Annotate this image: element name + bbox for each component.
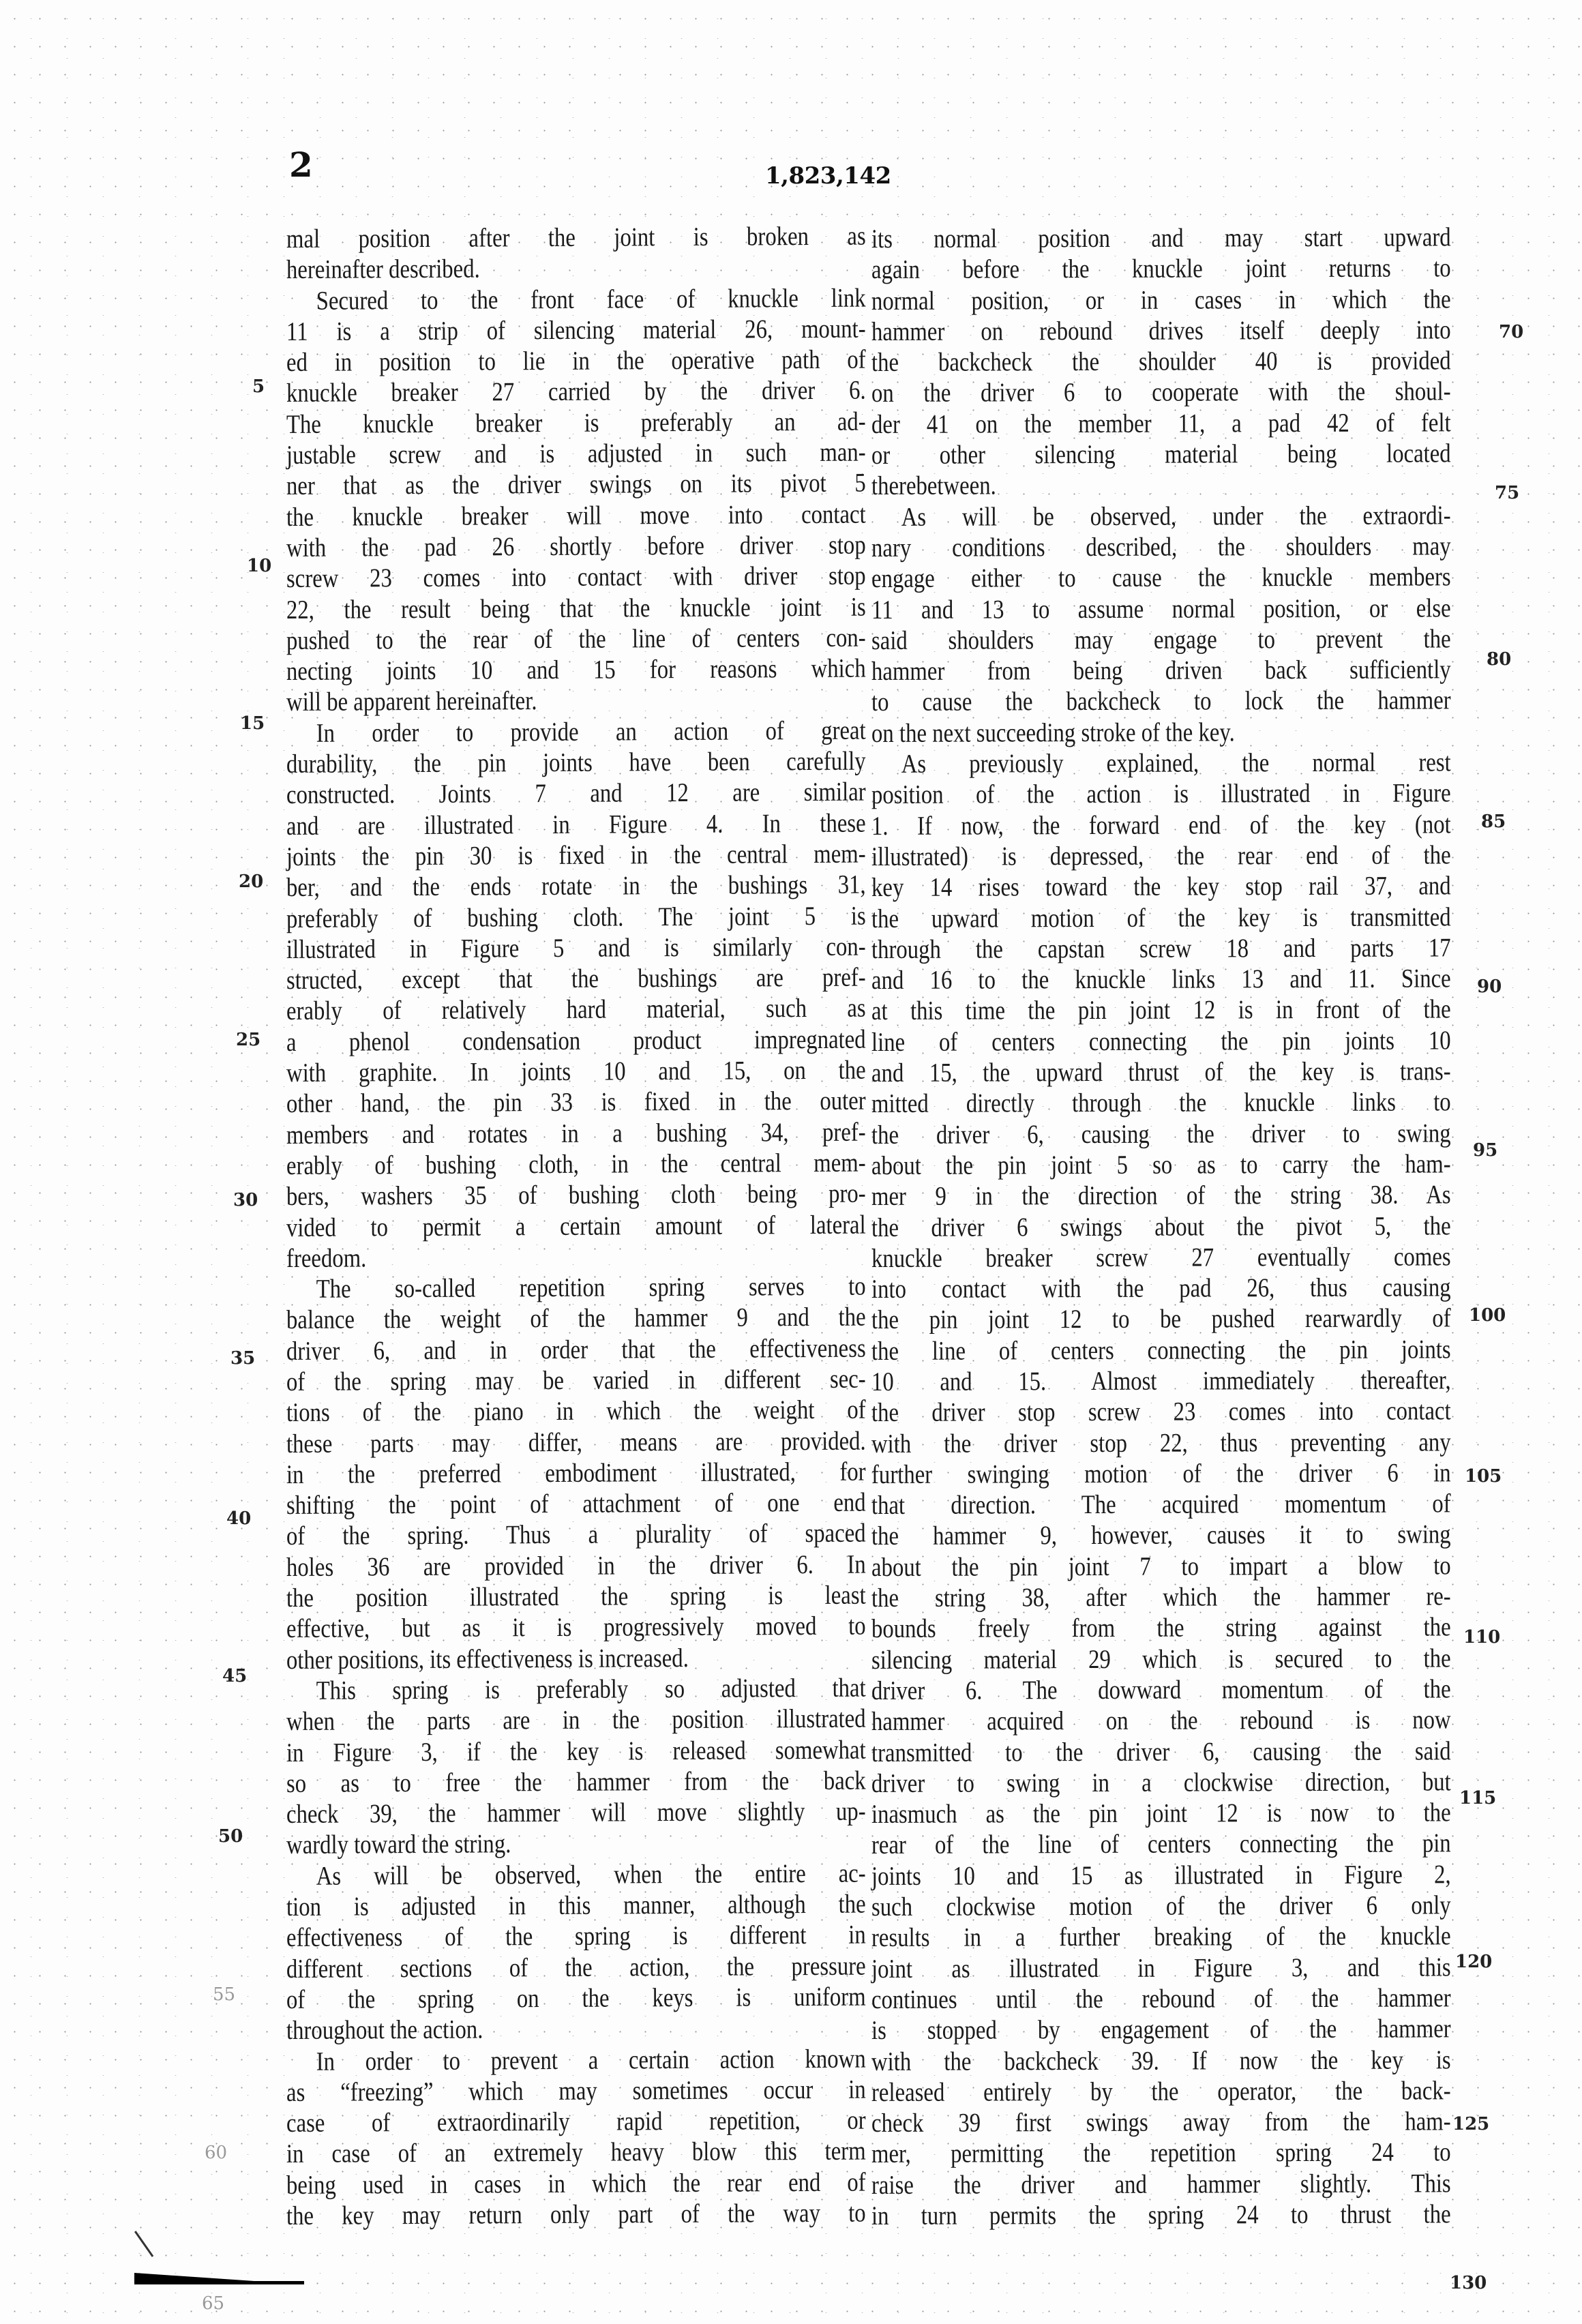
text-line: 1. If now, the forward end of the key (n… <box>871 809 1451 841</box>
text-line: at this time the pin joint 12 is in fron… <box>871 994 1451 1027</box>
margin-line-number: 125 <box>1452 2114 1489 2134</box>
text-line: durability, the pin joints have been car… <box>286 746 866 780</box>
margin-line-number: 20 <box>239 871 263 892</box>
text-line: der 41 on the member 11, a pad 42 of fel… <box>871 407 1451 440</box>
text-line: the upward motion of the key is transmit… <box>871 902 1451 934</box>
text-line: wardly toward the string. <box>286 1827 866 1861</box>
text-line: results in a further breaking of the knu… <box>871 1921 1451 1954</box>
margin-line-number: 70 <box>1499 322 1523 342</box>
margin-line-number: 120 <box>1455 1952 1492 1972</box>
text-line: the driver 6, causing the driver to swin… <box>871 1118 1451 1150</box>
margin-line-number: 130 <box>1450 2273 1487 2293</box>
text-line: when the parts are in the position illus… <box>286 1703 866 1738</box>
text-line: position of the action is illustrated in… <box>871 778 1451 811</box>
text-line: holes 36 are provided in the driver 6. I… <box>286 1549 866 1583</box>
text-line: in turn permits the spring 24 to thrust … <box>871 2199 1451 2231</box>
text-line: tions of the piano in which the weight o… <box>286 1395 866 1429</box>
text-line: mer, permitting the repetition spring 24… <box>871 2137 1451 2170</box>
text-line: the driver stop screw 23 comes into cont… <box>871 1396 1451 1429</box>
text-line: mer 9 in the direction of the string 38.… <box>871 1180 1451 1212</box>
text-line: In order to provide an action of great <box>286 715 866 749</box>
text-line: the pin joint 12 to be pushed rearwardly… <box>871 1303 1451 1336</box>
text-line: with graphite. In joints 10 and 15, on t… <box>286 1055 866 1089</box>
text-line: balance the weight of the hammer 9 and t… <box>286 1302 866 1336</box>
text-line: pushed to the rear of the line of center… <box>286 622 866 656</box>
bottom-black-bar-tail <box>134 2281 304 2284</box>
margin-line-number: 80 <box>1487 649 1511 670</box>
text-line: driver 6, and in order that the effectiv… <box>286 1332 866 1367</box>
text-line: the knuckle breaker will move into conta… <box>286 498 866 533</box>
text-line: ed in position to lie in the operative p… <box>286 344 866 378</box>
text-line: The knuckle breaker is preferably an ad- <box>286 406 866 440</box>
patent-number: 1,823,142 <box>765 162 891 190</box>
text-line: vided to permit a certain amount of late… <box>286 1209 866 1243</box>
margin-line-number: 55 <box>213 1984 235 2005</box>
text-line: 11 is a strip of silencing material 26, … <box>286 313 866 347</box>
text-line: as “freezing” which may sometimes occur … <box>286 2074 866 2108</box>
margin-line-number: 35 <box>230 1348 255 1369</box>
text-line: As previously explained, the normal rest <box>871 747 1451 779</box>
margin-line-number: 15 <box>240 713 265 734</box>
text-line: check 39 first swings away from the ham- <box>871 2106 1451 2139</box>
text-line: As will be observed, under the extraordi… <box>871 500 1451 533</box>
right-column: its normal position and may start upward… <box>871 224 1451 2231</box>
text-line: tion is adjusted in this manner, althoug… <box>286 1889 866 1923</box>
text-line: ber, and the ends rotate in the bushings… <box>286 869 866 904</box>
text-line: rear of the line of centers connecting t… <box>871 1828 1451 1861</box>
text-line: hereinafter described. <box>286 252 866 286</box>
text-line: the string 38, after which the hammer re… <box>871 1581 1451 1613</box>
text-line: the hammer 9, however, causes it to swin… <box>871 1519 1451 1552</box>
text-line: of the spring may be varied in different… <box>286 1364 866 1398</box>
text-line: on the driver 6 to cooperate with the sh… <box>871 376 1451 409</box>
margin-line-number: 60 <box>205 2143 227 2163</box>
text-line: to cause the backcheck to lock the hamme… <box>871 685 1451 718</box>
text-line: 22, the result being that the knuckle jo… <box>286 591 866 625</box>
text-line: The so-called repetition spring serves t… <box>286 1271 866 1305</box>
text-line: Secured to the front face of knuckle lin… <box>286 282 866 316</box>
text-line: normal position, or in cases in which th… <box>871 284 1451 316</box>
margin-line-number: 115 <box>1459 1788 1496 1808</box>
text-line: inasmuch as the pin joint 12 is now to t… <box>871 1797 1451 1830</box>
text-line: joints the pin 30 is fixed in the centra… <box>286 839 866 873</box>
margin-line-number: 90 <box>1477 977 1502 997</box>
text-line: joints 10 and 15 as illustrated in Figur… <box>871 1859 1451 1892</box>
text-line: engage either to cause the knuckle membe… <box>871 562 1451 595</box>
text-line: and are illustrated in Figure 4. In thes… <box>286 807 866 841</box>
text-line: about the pin joint 7 to impart a blow t… <box>871 1550 1451 1583</box>
text-line: members and rotates in a bushing 34, pre… <box>286 1116 866 1150</box>
text-line: line of centers connecting the pin joint… <box>871 1025 1451 1058</box>
text-line: effective, but as it is progressively mo… <box>286 1611 866 1645</box>
text-line: of the spring. Thus a plurality of space… <box>286 1518 866 1552</box>
text-line: freedom. <box>286 1240 866 1274</box>
text-line: hammer from being driven back sufficient… <box>871 655 1451 687</box>
text-line: bounds freely from the string against th… <box>871 1612 1451 1645</box>
text-line: preferably of bushing cloth. The joint 5… <box>286 900 866 934</box>
text-line: silencing material 29 which is secured t… <box>871 1643 1451 1675</box>
text-line: the driver 6 swings about the pivot 5, t… <box>871 1210 1451 1243</box>
text-line: about the pin joint 5 so as to carry the… <box>871 1148 1451 1181</box>
text-line: effectiveness of the spring is different… <box>286 1920 866 1954</box>
text-line: transmitted to the driver 6, causing the… <box>871 1735 1451 1768</box>
text-line: of the spring on the keys is uniform <box>286 1982 866 2016</box>
text-line: driver 6. The dowward momentum of the <box>871 1673 1451 1706</box>
text-line: ner that as the driver swings on its piv… <box>286 468 866 502</box>
text-line: further swinging motion of the driver 6 … <box>871 1457 1451 1490</box>
text-line: other positions, its effectiveness is in… <box>286 1641 866 1675</box>
margin-line-number: 40 <box>226 1508 251 1529</box>
text-line: As will be observed, when the entire ac- <box>286 1858 866 1892</box>
margin-line-number: 105 <box>1465 1466 1502 1487</box>
text-line: constructed. Joints 7 and 12 are similar <box>286 777 866 811</box>
text-line: 11 and 13 to assume normal position, or … <box>871 593 1451 625</box>
text-line: shifting the point of attachment of one … <box>286 1487 866 1521</box>
text-line: the backcheck the shoulder 40 is provide… <box>871 346 1451 378</box>
margin-line-number: 95 <box>1473 1140 1497 1161</box>
text-line: erably of bushing cloth, in the central … <box>286 1147 866 1181</box>
text-line: these parts may differ, means are provid… <box>286 1425 866 1459</box>
text-line: is stopped by engagement of the hammer <box>871 2014 1451 2046</box>
text-line: illustrated in Figure 5 and is similarly… <box>286 931 866 965</box>
text-line: hammer on rebound drives itself deeply i… <box>871 314 1451 347</box>
text-line: a phenol condensation product impregnate… <box>286 1024 866 1058</box>
text-line: This spring is preferably so adjusted th… <box>286 1673 866 1707</box>
text-line: its normal position and may start upward <box>871 222 1451 254</box>
text-line: illustrated) is depressed, the rear end … <box>871 839 1451 872</box>
text-line: throughout the action. <box>286 2012 866 2046</box>
text-line: continues until the rebound of the hamme… <box>871 1982 1451 2015</box>
text-line: other hand, the pin 33 is fixed in the o… <box>286 1086 866 1120</box>
text-line: structed, except that the bushings are p… <box>286 962 866 996</box>
text-line: the line of centers connecting the pin j… <box>871 1334 1451 1367</box>
text-line: being used in cases in which the rear en… <box>286 2166 866 2201</box>
margin-line-number: 65 <box>202 2293 224 2314</box>
text-line: nary conditions described, the shoulders… <box>871 531 1451 563</box>
text-line: that direction. The acquired momentum of <box>871 1489 1451 1521</box>
page-number: 2 <box>289 145 313 185</box>
text-line: knuckle breaker screw 27 eventually come… <box>871 1241 1451 1274</box>
margin-line-number: 25 <box>236 1030 260 1050</box>
text-line: in case of an extremely heavy blow this … <box>286 2136 866 2170</box>
margin-line-number: 45 <box>222 1666 247 1686</box>
text-line: into contact with the pad 26, thus causi… <box>871 1272 1451 1305</box>
text-line: so as to free the hammer from the back <box>286 1765 866 1799</box>
text-line: mitted directly through the knuckle link… <box>871 1087 1451 1120</box>
text-line: with the driver stop 22, thus preventing… <box>871 1427 1451 1459</box>
text-line: raise the driver and hammer slightly. Th… <box>871 2168 1451 2201</box>
text-line: erably of relatively hard material, such… <box>286 993 866 1027</box>
margin-line-number: 85 <box>1481 811 1506 832</box>
text-line: mal position after the joint is broken a… <box>286 221 866 255</box>
text-line: screw 23 comes into contact with driver … <box>286 561 866 595</box>
margin-line-number: 100 <box>1469 1305 1506 1326</box>
text-line: and 15, the upward thrust of the key is … <box>871 1056 1451 1088</box>
text-line: released entirely by the operator, the b… <box>871 2075 1451 2108</box>
text-line: again before the knuckle joint returns t… <box>871 253 1451 286</box>
margin-line-number: 50 <box>218 1826 243 1847</box>
text-line: and 16 to the knuckle links 13 and 11. S… <box>871 963 1451 996</box>
text-line: different sections of the action, the pr… <box>286 1950 866 1984</box>
text-line: 10 and 15. Almost immediately thereafter… <box>871 1365 1451 1397</box>
margin-line-number: 10 <box>247 556 271 576</box>
text-line: therebetween. <box>871 469 1451 502</box>
text-line: in Figure 3, if the key is released some… <box>286 1734 866 1768</box>
text-line: key 14 rises toward the key stop rail 37… <box>871 871 1451 904</box>
text-line: with the backcheck 39. If now the key is <box>871 2044 1451 2077</box>
margin-line-number: 110 <box>1463 1627 1500 1648</box>
text-line: on the next succeeding stroke of the key… <box>871 716 1451 749</box>
scan-scratch-mark <box>134 2231 153 2257</box>
text-line: driver to swing in a clockwise direction… <box>871 1766 1451 1799</box>
text-line: the key may return only part of the way … <box>286 2198 866 2232</box>
text-line: said shoulders may engage to prevent the <box>871 623 1451 656</box>
text-line: such clockwise motion of the driver 6 on… <box>871 1890 1451 1922</box>
left-column: mal position after the joint is broken a… <box>286 224 866 2231</box>
text-line: justable screw and is adjusted in such m… <box>286 437 866 471</box>
text-line: or other silencing material being locate… <box>871 438 1451 471</box>
margin-line-number: 75 <box>1495 483 1519 503</box>
text-line: case of extraordinarily rapid repetition… <box>286 2105 866 2139</box>
text-line: necting joints 10 and 15 for reasons whi… <box>286 653 866 687</box>
margin-line-number: 5 <box>252 376 265 397</box>
text-line: In order to prevent a certain action kno… <box>286 2043 866 2077</box>
margin-line-number: 30 <box>233 1190 258 1210</box>
text-line: hammer acquired on the rebound is now <box>871 1705 1451 1738</box>
text-line: check 39, the hammer will move slightly … <box>286 1796 866 1830</box>
text-line: will be apparent hereinafter. <box>286 684 866 718</box>
text-line: the position illustrated the spring is l… <box>286 1580 866 1614</box>
text-line: through the capstan screw 18 and parts 1… <box>871 932 1451 965</box>
text-line: bers, washers 35 of bushing cloth being … <box>286 1178 866 1212</box>
text-line: with the pad 26 shortly before driver st… <box>286 530 866 564</box>
text-line: knuckle breaker 27 carried by the driver… <box>286 375 866 409</box>
text-line: in the preferred embodiment illustrated,… <box>286 1456 866 1490</box>
text-line: joint as illustrated in Figure 3, and th… <box>871 1952 1451 1984</box>
